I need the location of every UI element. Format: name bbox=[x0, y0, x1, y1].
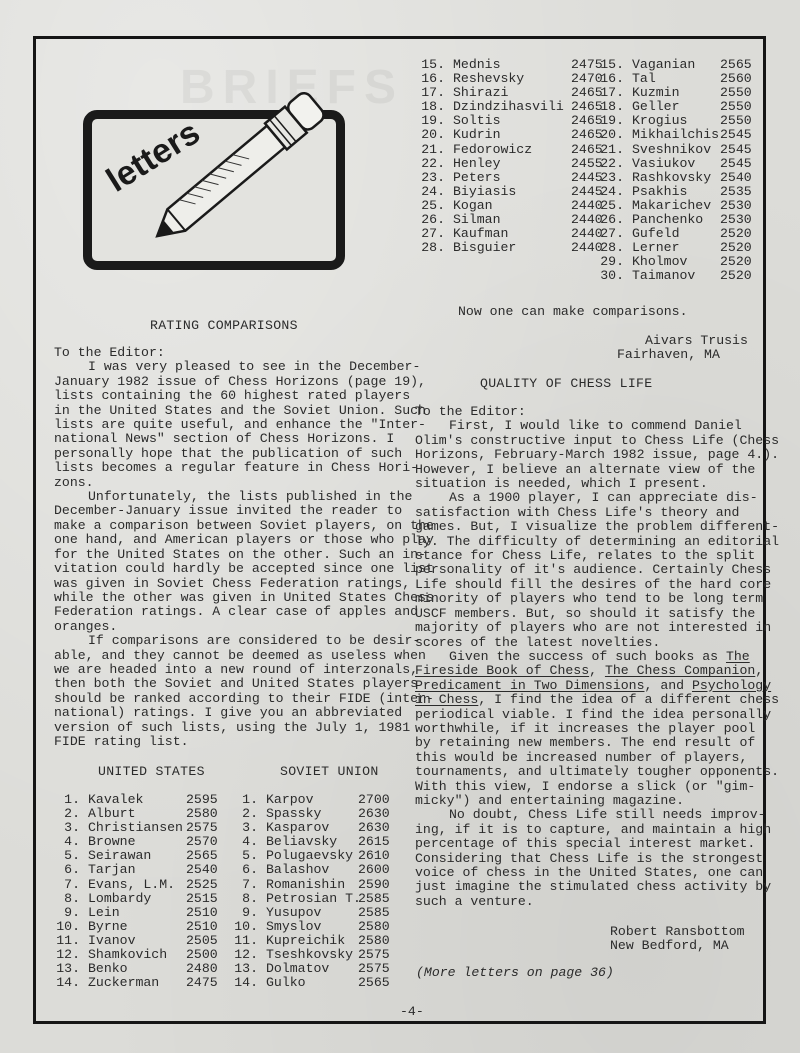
text-line: majority of players who are not interest… bbox=[415, 621, 779, 635]
books-paragraph-line4: in Chess, I find the idea of a different… bbox=[415, 693, 779, 707]
player-name: Fedorowicz bbox=[445, 143, 571, 157]
player-name: Yusupov bbox=[258, 906, 358, 920]
rank: 7. bbox=[52, 878, 80, 892]
list-item: 8.Petrosian T.2585 bbox=[230, 892, 390, 906]
player-rating: 2525 bbox=[186, 878, 218, 892]
player-rating: 2550 bbox=[720, 86, 752, 100]
text-line: voice of chess in the United States, one… bbox=[415, 866, 779, 880]
player-name: Geller bbox=[624, 100, 720, 114]
letter1-closing: Now one can make comparisons. bbox=[458, 305, 688, 319]
rank: 14. bbox=[230, 976, 258, 990]
rank: 21. bbox=[421, 143, 445, 157]
list-item: 10.Smyslov2580 bbox=[230, 920, 390, 934]
player-rating: 2540 bbox=[186, 863, 218, 877]
player-rating: 2530 bbox=[720, 199, 752, 213]
letter1-location: Fairhaven, MA bbox=[617, 348, 720, 362]
player-rating: 2445 bbox=[571, 171, 603, 185]
player-rating: 2520 bbox=[720, 241, 752, 255]
text-line: lists are quite useful, and enhance the … bbox=[54, 418, 434, 432]
list-item: 15.Vaganian2565 bbox=[600, 58, 752, 72]
player-rating: 2465 bbox=[571, 128, 603, 142]
rank: 17. bbox=[421, 86, 445, 100]
player-name: Shirazi bbox=[445, 86, 571, 100]
text-line: No doubt, Chess Life still needs improv- bbox=[415, 808, 779, 822]
list-item: 25.Makarichev2530 bbox=[600, 199, 752, 213]
player-name: Tarjan bbox=[80, 863, 186, 877]
list-item: 6.Tarjan2540 bbox=[52, 863, 218, 877]
rank: 14. bbox=[52, 976, 80, 990]
list-item: 29.Kholmov2520 bbox=[600, 255, 752, 269]
player-rating: 2520 bbox=[720, 255, 752, 269]
text-line: As a 1900 player, I can appreciate dis- bbox=[415, 491, 779, 505]
us-list-header: UNITED STATES bbox=[98, 764, 205, 779]
list-item: 27.Gufeld2520 bbox=[600, 227, 752, 241]
player-rating: 2600 bbox=[358, 863, 390, 877]
rank: 3. bbox=[52, 821, 80, 835]
rank: 12. bbox=[230, 948, 258, 962]
player-name: Panchenko bbox=[624, 213, 720, 227]
player-rating: 2595 bbox=[186, 793, 218, 807]
player-name: Mednis bbox=[445, 58, 571, 72]
player-name: Smyslov bbox=[258, 920, 358, 934]
rank: 8. bbox=[52, 892, 80, 906]
list-item: 28.Bisguier2440 bbox=[421, 241, 603, 255]
rank: 1. bbox=[230, 793, 258, 807]
list-item: 22.Vasiukov2545 bbox=[600, 157, 752, 171]
list-item: 9.Lein2510 bbox=[52, 906, 218, 920]
list-item: 23.Peters2445 bbox=[421, 171, 603, 185]
list-item: 15.Mednis2475 bbox=[421, 58, 603, 72]
player-rating: 2570 bbox=[186, 835, 218, 849]
list-item: 19.Krogius2550 bbox=[600, 114, 752, 128]
ussr-list-header: SOVIET UNION bbox=[280, 764, 379, 779]
player-name: Gufeld bbox=[624, 227, 720, 241]
player-rating: 2455 bbox=[571, 157, 603, 171]
list-item: 23.Rashkovsky2540 bbox=[600, 171, 752, 185]
letter1-title: RATING COMPARISONS bbox=[150, 318, 298, 333]
rank: 24. bbox=[600, 185, 624, 199]
text-line: tournaments, and ultimately tougher oppo… bbox=[415, 765, 779, 779]
list-item: 2.Alburt2580 bbox=[52, 807, 218, 821]
rank: 10. bbox=[230, 920, 258, 934]
player-rating: 2565 bbox=[186, 849, 218, 863]
text-line: percentage of this special interest mark… bbox=[415, 837, 779, 851]
player-rating: 2470 bbox=[571, 72, 603, 86]
letters-logo-text: letters bbox=[100, 113, 207, 199]
player-name: Alburt bbox=[80, 807, 186, 821]
player-name: Kuzmin bbox=[624, 86, 720, 100]
rank: 19. bbox=[421, 114, 445, 128]
rank: 3. bbox=[230, 821, 258, 835]
player-rating: 2575 bbox=[186, 821, 218, 835]
player-rating: 2580 bbox=[358, 934, 390, 948]
rank: 4. bbox=[52, 835, 80, 849]
player-rating: 2475 bbox=[186, 976, 218, 990]
player-name: Ivanov bbox=[80, 934, 186, 948]
list-item: 4.Beliavsky2615 bbox=[230, 835, 390, 849]
rank: 6. bbox=[52, 863, 80, 877]
player-name: Spassky bbox=[258, 807, 358, 821]
list-item: 24.Biyiasis2445 bbox=[421, 185, 603, 199]
player-rating: 2610 bbox=[358, 849, 390, 863]
rank: 25. bbox=[421, 199, 445, 213]
player-rating: 2520 bbox=[720, 269, 752, 283]
list-item: 18.Geller2550 bbox=[600, 100, 752, 114]
player-name: Lein bbox=[80, 906, 186, 920]
player-name: Tseshkovsky bbox=[258, 948, 358, 962]
text-line: Federation ratings. A clear case of appl… bbox=[54, 605, 434, 619]
text-line: national News" section of Chess Horizons… bbox=[54, 432, 434, 446]
rank: 4. bbox=[230, 835, 258, 849]
player-name: Balashov bbox=[258, 863, 358, 877]
player-rating: 2580 bbox=[358, 920, 390, 934]
text-line: games. But, I visualize the problem diff… bbox=[415, 520, 779, 534]
player-rating: 2510 bbox=[186, 906, 218, 920]
player-rating: 2465 bbox=[571, 86, 603, 100]
text-line: such a venture. bbox=[415, 895, 779, 909]
text-line: ing, if it is to capture, and maintain a… bbox=[415, 823, 779, 837]
list-item: 25.Kogan2440 bbox=[421, 199, 603, 213]
books-paragraph-line3: Predicament in Two Dimensions, and Psych… bbox=[415, 679, 779, 693]
text-line: Horizons, February-March 1982 issue, pag… bbox=[415, 448, 779, 462]
text-line: then both the Soviet and United States p… bbox=[54, 677, 434, 691]
player-rating: 2580 bbox=[186, 807, 218, 821]
rank: 18. bbox=[600, 100, 624, 114]
player-name: Christiansen bbox=[80, 821, 186, 835]
player-name: Vaganian bbox=[624, 58, 720, 72]
player-rating: 2575 bbox=[358, 962, 390, 976]
player-name: Beliavsky bbox=[258, 835, 358, 849]
text-line: First, I would like to commend Daniel bbox=[415, 419, 779, 433]
player-rating: 2585 bbox=[358, 892, 390, 906]
rank: 10. bbox=[52, 920, 80, 934]
continuation-note: (More letters on page 36) bbox=[416, 966, 614, 980]
player-name: Seirawan bbox=[80, 849, 186, 863]
player-name: Kogan bbox=[445, 199, 571, 213]
player-rating: 2550 bbox=[720, 114, 752, 128]
player-rating: 2480 bbox=[186, 962, 218, 976]
rank: 19. bbox=[600, 114, 624, 128]
text-line: I was very pleased to see in the Decembe… bbox=[54, 360, 434, 374]
text-line: Considering that Chess Life is the stron… bbox=[415, 852, 779, 866]
rank: 6. bbox=[230, 863, 258, 877]
player-rating: 2545 bbox=[720, 143, 752, 157]
rank: 25. bbox=[600, 199, 624, 213]
text-line: personally hope that the publication of … bbox=[54, 447, 434, 461]
list-item: 2.Spassky2630 bbox=[230, 807, 390, 821]
player-name: Polugaevsky bbox=[258, 849, 358, 863]
player-name: Shamkovich bbox=[80, 948, 186, 962]
text-line: periodical viable. I find the idea perso… bbox=[415, 708, 779, 722]
list-item: 16.Tal2560 bbox=[600, 72, 752, 86]
rank: 23. bbox=[600, 171, 624, 185]
rank: 11. bbox=[52, 934, 80, 948]
rank: 12. bbox=[52, 948, 80, 962]
player-name: Kaufman bbox=[445, 227, 571, 241]
letter2-location: New Bedford, MA bbox=[610, 939, 729, 953]
ussr-list-continued: 15.Vaganian256516.Tal256017.Kuzmin255018… bbox=[600, 58, 752, 284]
player-name: Kavalek bbox=[80, 793, 186, 807]
player-name: Peters bbox=[445, 171, 571, 185]
list-item: 18.Dzindzihasvili2465 bbox=[421, 100, 603, 114]
list-item: 6.Balashov2600 bbox=[230, 863, 390, 877]
text-line: this would be increased number of player… bbox=[415, 751, 779, 765]
player-rating: 2575 bbox=[358, 948, 390, 962]
player-name: Petrosian T. bbox=[258, 892, 358, 906]
rank: 22. bbox=[421, 157, 445, 171]
rank: 26. bbox=[421, 213, 445, 227]
text-line: minority of players who tend to be long … bbox=[415, 592, 779, 606]
list-item: 8.Lombardy2515 bbox=[52, 892, 218, 906]
list-item: 26.Silman2440 bbox=[421, 213, 603, 227]
letter2-salutation: To the Editor: bbox=[415, 405, 779, 419]
book-title-link: The bbox=[726, 649, 750, 664]
player-name: Benko bbox=[80, 962, 186, 976]
list-item: 11.Ivanov2505 bbox=[52, 934, 218, 948]
player-name: Romanishin bbox=[258, 878, 358, 892]
player-name: Kasparov bbox=[258, 821, 358, 835]
books-paragraph-line1: Given the success of such books as The bbox=[415, 650, 779, 664]
text-line: ly. The difficulty of determining an edi… bbox=[415, 535, 779, 549]
player-rating: 2510 bbox=[186, 920, 218, 934]
player-name: Gulko bbox=[258, 976, 358, 990]
text-line: by retaining new members. The end result… bbox=[415, 736, 779, 750]
player-rating: 2560 bbox=[720, 72, 752, 86]
text-line: situation is needed, which I present. bbox=[415, 477, 779, 491]
rank: 16. bbox=[421, 72, 445, 86]
rank: 22. bbox=[600, 157, 624, 171]
player-rating: 2505 bbox=[186, 934, 218, 948]
list-item: 5.Polugaevsky2610 bbox=[230, 849, 390, 863]
rank: 2. bbox=[52, 807, 80, 821]
us-list: 1.Kavalek25952.Alburt25803.Christiansen2… bbox=[52, 793, 218, 990]
player-rating: 2440 bbox=[571, 227, 603, 241]
player-rating: 2590 bbox=[358, 878, 390, 892]
list-item: 1.Kavalek2595 bbox=[52, 793, 218, 807]
player-name: Rashkovsky bbox=[624, 171, 720, 185]
list-item: 22.Henley2455 bbox=[421, 157, 603, 171]
player-name: Karpov bbox=[258, 793, 358, 807]
rank: 5. bbox=[52, 849, 80, 863]
player-name: Mikhailchis bbox=[624, 128, 720, 142]
text-line: for the United States on the other. Such… bbox=[54, 548, 434, 562]
player-name: Taimanov bbox=[624, 269, 720, 283]
rank: 1. bbox=[52, 793, 80, 807]
text-line: micky") and entertaining magazine. bbox=[415, 794, 779, 808]
list-item: 7.Romanishin2590 bbox=[230, 878, 390, 892]
list-item: 3.Kasparov2630 bbox=[230, 821, 390, 835]
player-rating: 2440 bbox=[571, 213, 603, 227]
player-rating: 2465 bbox=[571, 100, 603, 114]
text-line: If comparisons are considered to be desi… bbox=[54, 634, 434, 648]
list-item: 3.Christiansen2575 bbox=[52, 821, 218, 835]
list-item: 10.Byrne2510 bbox=[52, 920, 218, 934]
text-line: January 1982 issue of Chess Horizons (pa… bbox=[54, 375, 434, 389]
rank: 15. bbox=[421, 58, 445, 72]
rank: 29. bbox=[600, 255, 624, 269]
text-line: vitation could hardly be accepted since … bbox=[54, 562, 434, 576]
rank: 13. bbox=[230, 962, 258, 976]
player-name: Biyiasis bbox=[445, 185, 571, 199]
rank: 26. bbox=[600, 213, 624, 227]
player-name: Kholmov bbox=[624, 255, 720, 269]
text-line: stance for Chess Life, relates to the sp… bbox=[415, 549, 779, 563]
player-rating: 2630 bbox=[358, 821, 390, 835]
text-line: lists containing the 60 highest rated pl… bbox=[54, 389, 434, 403]
rank: 9. bbox=[230, 906, 258, 920]
list-item: 24.Psakhis2535 bbox=[600, 185, 752, 199]
player-name: Kudrin bbox=[445, 128, 571, 142]
text-line: However, I believe an alternate view of … bbox=[415, 463, 779, 477]
rank: 28. bbox=[421, 241, 445, 255]
text-line: while the other was given in United Stat… bbox=[54, 591, 434, 605]
list-item: 5.Seirawan2565 bbox=[52, 849, 218, 863]
list-item: 7.Evans, L.M.2525 bbox=[52, 878, 218, 892]
player-rating: 2440 bbox=[571, 241, 603, 255]
rank: 8. bbox=[230, 892, 258, 906]
player-name: Dzindzihasvili bbox=[445, 100, 571, 114]
text-line: satisfaction with Chess Life's theory an… bbox=[415, 506, 779, 520]
player-rating: 2540 bbox=[720, 171, 752, 185]
text-line: able, and they cannot be deemed as usele… bbox=[54, 649, 434, 663]
rank: 21. bbox=[600, 143, 624, 157]
list-item: 19.Soltis2465 bbox=[421, 114, 603, 128]
player-rating: 2565 bbox=[720, 58, 752, 72]
books-paragraph-line2: Fireside Book of Chess, The Chess Compan… bbox=[415, 664, 779, 678]
list-item: 30.Taimanov2520 bbox=[600, 269, 752, 283]
player-name: Zuckerman bbox=[80, 976, 186, 990]
player-rating: 2550 bbox=[720, 100, 752, 114]
player-rating: 2465 bbox=[571, 143, 603, 157]
text-line: version of such lists, using the July 1,… bbox=[54, 721, 434, 735]
rank: 23. bbox=[421, 171, 445, 185]
list-item: 20.Mikhailchis2545 bbox=[600, 128, 752, 142]
player-rating: 2535 bbox=[720, 185, 752, 199]
rank: 27. bbox=[421, 227, 445, 241]
player-name: Psakhis bbox=[624, 185, 720, 199]
text-line: should be ranked according to their FIDE… bbox=[54, 692, 434, 706]
letter1-salutation: To the Editor: bbox=[54, 346, 434, 360]
text-line: USCF members. But, so should it satisfy … bbox=[415, 607, 779, 621]
player-name: Reshevsky bbox=[445, 72, 571, 86]
list-item: 21.Sveshnikov2545 bbox=[600, 143, 752, 157]
text-line: make a comparison between Soviet players… bbox=[54, 519, 434, 533]
list-item: 13.Benko2480 bbox=[52, 962, 218, 976]
text-line: we are headed into a new round of interz… bbox=[54, 663, 434, 677]
rank: 9. bbox=[52, 906, 80, 920]
rank: 18. bbox=[421, 100, 445, 114]
list-item: 28.Lerner2520 bbox=[600, 241, 752, 255]
text-line: in the United States and the Soviet Unio… bbox=[54, 404, 434, 418]
rank: 20. bbox=[421, 128, 445, 142]
text-line: just imagine the stimulated chess activi… bbox=[415, 880, 779, 894]
player-rating: 2475 bbox=[571, 58, 603, 72]
list-item: 20.Kudrin2465 bbox=[421, 128, 603, 142]
player-rating: 2585 bbox=[358, 906, 390, 920]
player-name: Silman bbox=[445, 213, 571, 227]
player-rating: 2530 bbox=[720, 213, 752, 227]
rank: 20. bbox=[600, 128, 624, 142]
rank: 15. bbox=[600, 58, 624, 72]
text-line: December-January issue invited the reade… bbox=[54, 504, 434, 518]
player-name: Dolmatov bbox=[258, 962, 358, 976]
player-name: Bisguier bbox=[445, 241, 571, 255]
list-item: 14.Gulko2565 bbox=[230, 976, 390, 990]
text-line: Unfortunately, the lists published in th… bbox=[54, 490, 434, 504]
letter1-body: To the Editor: I was very pleased to see… bbox=[54, 346, 434, 749]
rank: 17. bbox=[600, 86, 624, 100]
player-rating: 2565 bbox=[358, 976, 390, 990]
text-line: national) ratings. I give you an abbrevi… bbox=[54, 706, 434, 720]
list-item: 17.Shirazi2465 bbox=[421, 86, 603, 100]
text-line: one hand, and American players or those … bbox=[54, 533, 434, 547]
rank: 2. bbox=[230, 807, 258, 821]
player-name: Henley bbox=[445, 157, 571, 171]
page-number: -4- bbox=[400, 1005, 424, 1019]
text-line: lists becomes a regular feature in Chess… bbox=[54, 461, 434, 475]
list-item: 12.Shamkovich2500 bbox=[52, 948, 218, 962]
player-name: Lerner bbox=[624, 241, 720, 255]
list-item: 14.Zuckerman2475 bbox=[52, 976, 218, 990]
text-line: worthwhile, if it increases the player p… bbox=[415, 722, 779, 736]
list-item: 26.Panchenko2530 bbox=[600, 213, 752, 227]
player-rating: 2440 bbox=[571, 199, 603, 213]
player-rating: 2700 bbox=[358, 793, 390, 807]
player-name: Tal bbox=[624, 72, 720, 86]
player-rating: 2465 bbox=[571, 114, 603, 128]
player-rating: 2515 bbox=[186, 892, 218, 906]
text-line: scores of the latest novelties. bbox=[415, 636, 779, 650]
rank: 5. bbox=[230, 849, 258, 863]
list-item: 11.Kupreichik2580 bbox=[230, 934, 390, 948]
player-rating: 2545 bbox=[720, 157, 752, 171]
player-rating: 2545 bbox=[720, 128, 752, 142]
us-list-continued: 15.Mednis247516.Reshevsky247017.Shirazi2… bbox=[421, 58, 603, 255]
text-line: was given in Soviet Chess Federation rat… bbox=[54, 577, 434, 591]
player-name: Lombardy bbox=[80, 892, 186, 906]
text-line: personality of it's audience. Certainly … bbox=[415, 563, 779, 577]
rank: 11. bbox=[230, 934, 258, 948]
player-name: Browne bbox=[80, 835, 186, 849]
pencil-icon: letters bbox=[80, 80, 360, 280]
player-rating: 2630 bbox=[358, 807, 390, 821]
rank: 16. bbox=[600, 72, 624, 86]
player-name: Kupreichik bbox=[258, 934, 358, 948]
rank: 30. bbox=[600, 269, 624, 283]
player-name: Byrne bbox=[80, 920, 186, 934]
list-item: 27.Kaufman2440 bbox=[421, 227, 603, 241]
player-name: Vasiukov bbox=[624, 157, 720, 171]
rank: 27. bbox=[600, 227, 624, 241]
list-item: 1.Karpov2700 bbox=[230, 793, 390, 807]
rank: 28. bbox=[600, 241, 624, 255]
text-line: Life should fill the desires of the hard… bbox=[415, 578, 779, 592]
text-line: FIDE rating list. bbox=[54, 735, 434, 749]
player-rating: 2500 bbox=[186, 948, 218, 962]
player-name: Krogius bbox=[624, 114, 720, 128]
letter2-title: QUALITY OF CHESS LIFE bbox=[480, 376, 653, 391]
list-item: 12.Tseshkovsky2575 bbox=[230, 948, 390, 962]
player-name: Makarichev bbox=[624, 199, 720, 213]
list-item: 4.Browne2570 bbox=[52, 835, 218, 849]
text-line: zons. bbox=[54, 476, 434, 490]
player-rating: 2520 bbox=[720, 227, 752, 241]
list-item: 17.Kuzmin2550 bbox=[600, 86, 752, 100]
player-rating: 2615 bbox=[358, 835, 390, 849]
player-name: Sveshnikov bbox=[624, 143, 720, 157]
rank: 24. bbox=[421, 185, 445, 199]
rank: 7. bbox=[230, 878, 258, 892]
